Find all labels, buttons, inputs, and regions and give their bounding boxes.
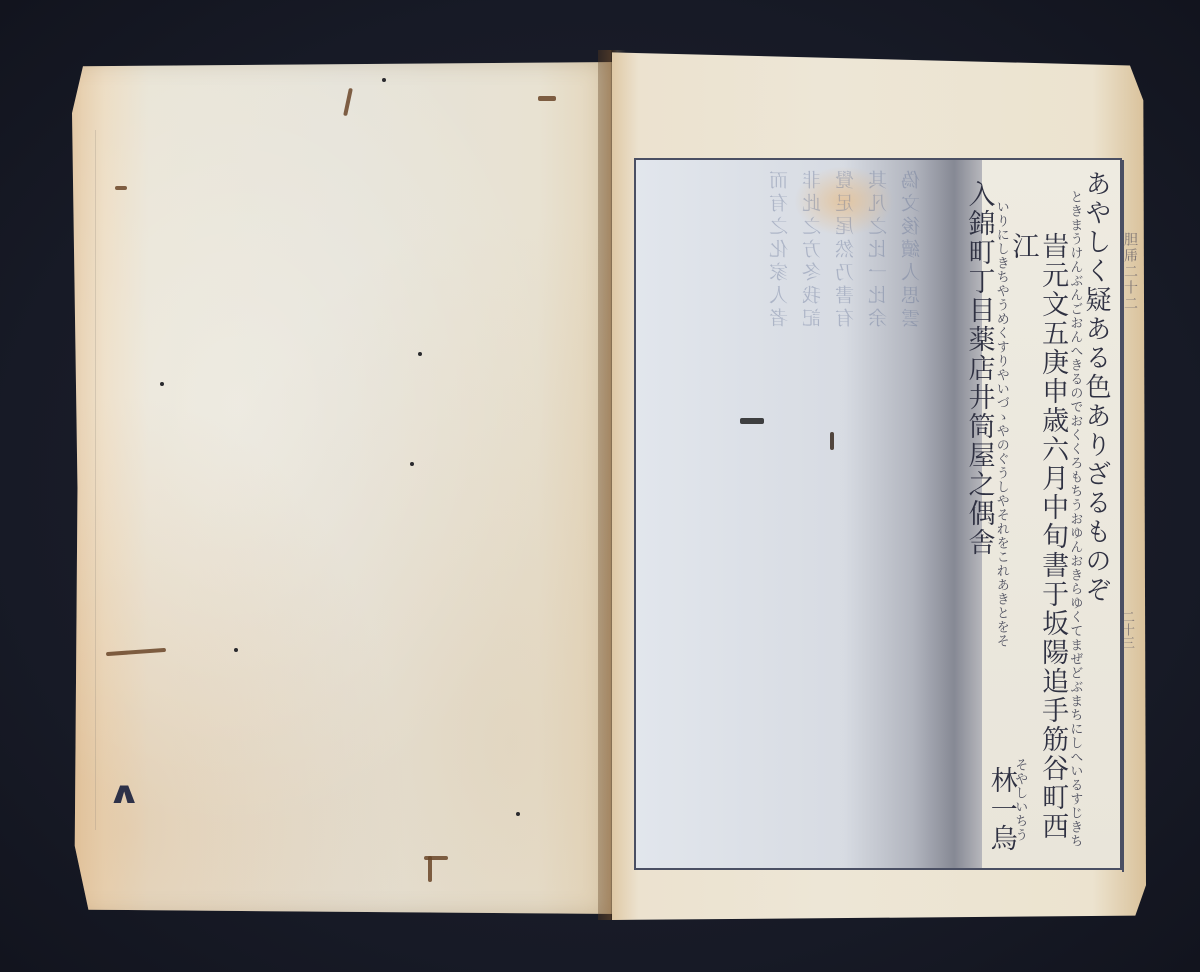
ghost-text-column: 而有之化家人者 xyxy=(771,170,790,858)
colophon-line-2-ruby: ときまうけんぶんごおんへきるのでおくくろもちうおゆんおきらゆくてまぜどぶまちにし… xyxy=(1067,190,1081,868)
wormhole xyxy=(428,856,432,882)
margin-page-number: 二十三 xyxy=(1117,610,1136,649)
dot xyxy=(418,352,422,356)
author-ruby: そやしいちう xyxy=(1012,758,1026,842)
open-book: ∧ 偽文後續人思雲 其凡之比一比余 覺足尾然乃書有 非此之方冬我記 而有之化家人… xyxy=(0,0,1200,972)
ghost-text-column: 非此之方冬我記 xyxy=(804,170,823,858)
colophon-line-1: あやしく疑ある色ありざるものぞ xyxy=(1081,170,1110,868)
dot xyxy=(410,462,414,466)
dot xyxy=(160,382,164,386)
margin-title: 胆乕二十二 xyxy=(1120,232,1140,312)
left-page-guide-line xyxy=(95,130,96,830)
wormhole xyxy=(830,432,834,450)
dot xyxy=(516,812,520,816)
ghost-text-column: 其凡之比一比余 xyxy=(870,170,889,858)
wormhole xyxy=(538,96,556,101)
ink-bleed-through-area: 偽文後續人思雲 其凡之比一比余 覺足尾然乃書有 非此之方冬我記 而有之化家人者 xyxy=(636,160,982,868)
dot xyxy=(382,78,386,82)
dot xyxy=(234,648,238,652)
colophon-text: あやしく疑ある色ありざるものぞ ときまうけんぶんごおんへきるのでおくくろもちうお… xyxy=(982,160,1120,868)
wormhole xyxy=(115,186,127,190)
colophon-line-3: 入錦町丁目薬店井筒屋之偶舎 xyxy=(964,180,994,868)
left-page-blank xyxy=(72,62,620,914)
author-block: そやしいちう 林一烏 xyxy=(986,766,1016,853)
wormhole xyxy=(740,418,764,424)
corner-mark: ∧ xyxy=(107,776,141,811)
ghost-text: 偽文後續人思雲 其凡之比一比余 覺足尾然乃書有 非此之方冬我記 而有之化家人者 xyxy=(646,170,922,858)
ghost-text-column: 偽文後續人思雲 xyxy=(903,170,922,858)
colophon-print-block: 偽文後續人思雲 其凡之比一比余 覺足尾然乃書有 非此之方冬我記 而有之化家人者 … xyxy=(634,158,1122,870)
ghost-text-column: 覺足尾然乃書有 xyxy=(837,170,856,858)
